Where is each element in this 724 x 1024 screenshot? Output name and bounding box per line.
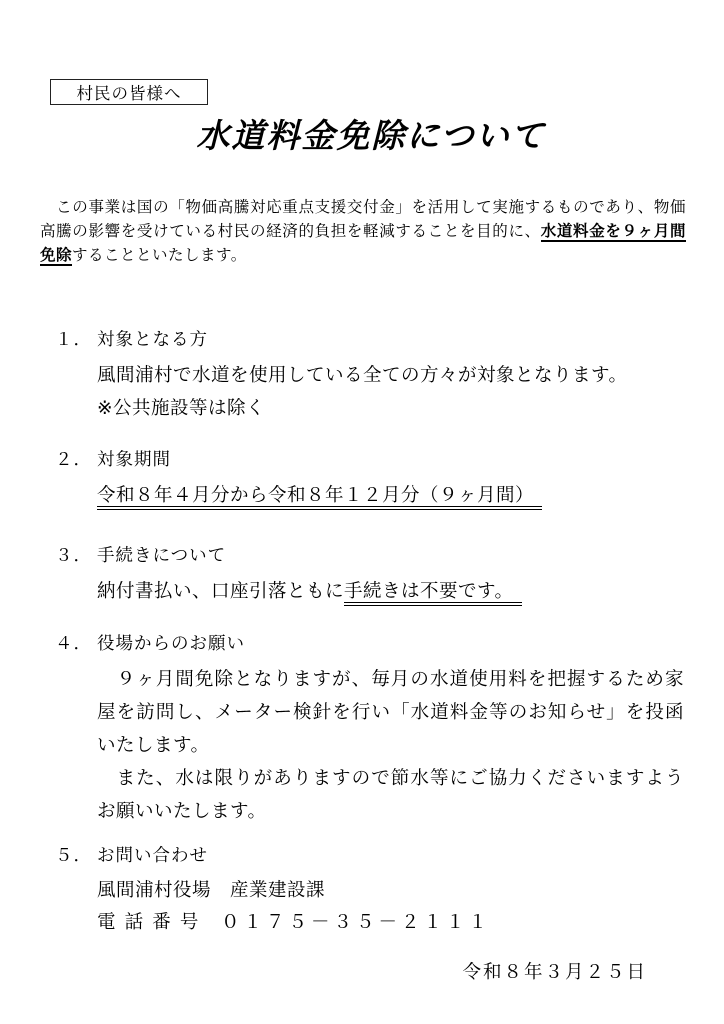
section-2-title: 対象期間 (97, 449, 171, 469)
addressee-label: 村民の皆様へ (77, 80, 182, 104)
section-2-heading: ２．対象期間 (55, 446, 724, 471)
section-target-people: １．対象となる方 風間浦村で水道を使用している全ての方々が対象となります。 ※公… (0, 326, 724, 424)
section-1-heading: １．対象となる方 (55, 326, 724, 351)
page-title: 水道料金免除について (0, 110, 724, 157)
section-1-line: 風間浦村で水道を使用している全ての方々が対象となります。 (97, 358, 684, 391)
section-2-number: ２． (55, 446, 97, 471)
intro-text-after: することといたします。 (72, 247, 247, 264)
section-1-number: １． (55, 326, 97, 351)
section-office-request: ４．役場からのお願い ９ヶ月間免除となりますが、毎月の水道使用料を把握するため家… (0, 630, 724, 827)
phone-gap (200, 911, 221, 932)
section-procedure: ３．手続きについて 納付書払い、口座引落ともに手続きは不要です。 (0, 542, 724, 607)
section-1-title: 対象となる方 (97, 329, 208, 349)
section-2-period-underlined: 令和８年４月分から令和８年１２月分（９ヶ月間） (97, 484, 542, 510)
section-contact: ５．お問い合わせ 風間浦村役場 産業建設課 電 話 番 号 ０１７５－３５－２１… (0, 842, 724, 938)
section-2-body: 令和８年４月分から令和８年１２月分（９ヶ月間） (97, 478, 684, 511)
phone-label: 電 話 番 号 (97, 911, 200, 932)
section-5-title: お問い合わせ (97, 845, 208, 865)
section-4-title: 役場からのお願い (97, 633, 245, 653)
section-4-paragraph-1: ９ヶ月間免除となりますが、毎月の水道使用料を把握するため家屋を訪問し、メーター検… (97, 662, 684, 761)
section-target-period: ２．対象期間 令和８年４月分から令和８年１２月分（９ヶ月間） (0, 446, 724, 511)
contact-office: 風間浦村役場 産業建設課 (97, 874, 684, 906)
section-3-title: 手続きについて (97, 545, 226, 565)
document-date: 令和８年３月２５日 (462, 958, 647, 984)
section-4-number: ４． (55, 630, 97, 655)
section-5-number: ５． (55, 842, 97, 867)
section-5-body: 風間浦村役場 産業建設課 電 話 番 号 ０１７５－３５－２１１１ (97, 874, 684, 938)
section-3-body: 納付書払い、口座引落ともに手続きは不要です。 (97, 574, 684, 607)
addressee-box: 村民の皆様へ (50, 79, 208, 105)
section-5-heading: ５．お問い合わせ (55, 842, 724, 867)
section-3-heading: ３．手続きについて (55, 542, 724, 567)
section-3-underlined: 手続きは不要です。 (344, 580, 522, 606)
section-4-paragraph-2: また、水は限りがありますので節水等にご協力くださいますようお願いいたします。 (97, 761, 684, 827)
section-1-note: ※公共施設等は除く (97, 391, 684, 424)
contact-phone-row: 電 話 番 号 ０１７５－３５－２１１１ (97, 906, 684, 938)
section-4-heading: ４．役場からのお願い (55, 630, 724, 655)
intro-paragraph: この事業は国の「物価高騰対応重点支援交付金」を活用して実施するものであり、物価高… (40, 196, 686, 268)
section-4-body: ９ヶ月間免除となりますが、毎月の水道使用料を把握するため家屋を訪問し、メーター検… (97, 662, 684, 827)
phone-number: ０１７５－３５－２１１１ (221, 911, 491, 932)
section-3-text-before: 納付書払い、口座引落ともに (97, 580, 344, 601)
section-3-number: ３． (55, 542, 97, 567)
document-page: 村民の皆様へ 水道料金免除について この事業は国の「物価高騰対応重点支援交付金」… (0, 0, 724, 1024)
section-1-body: 風間浦村で水道を使用している全ての方々が対象となります。 ※公共施設等は除く (97, 358, 684, 424)
